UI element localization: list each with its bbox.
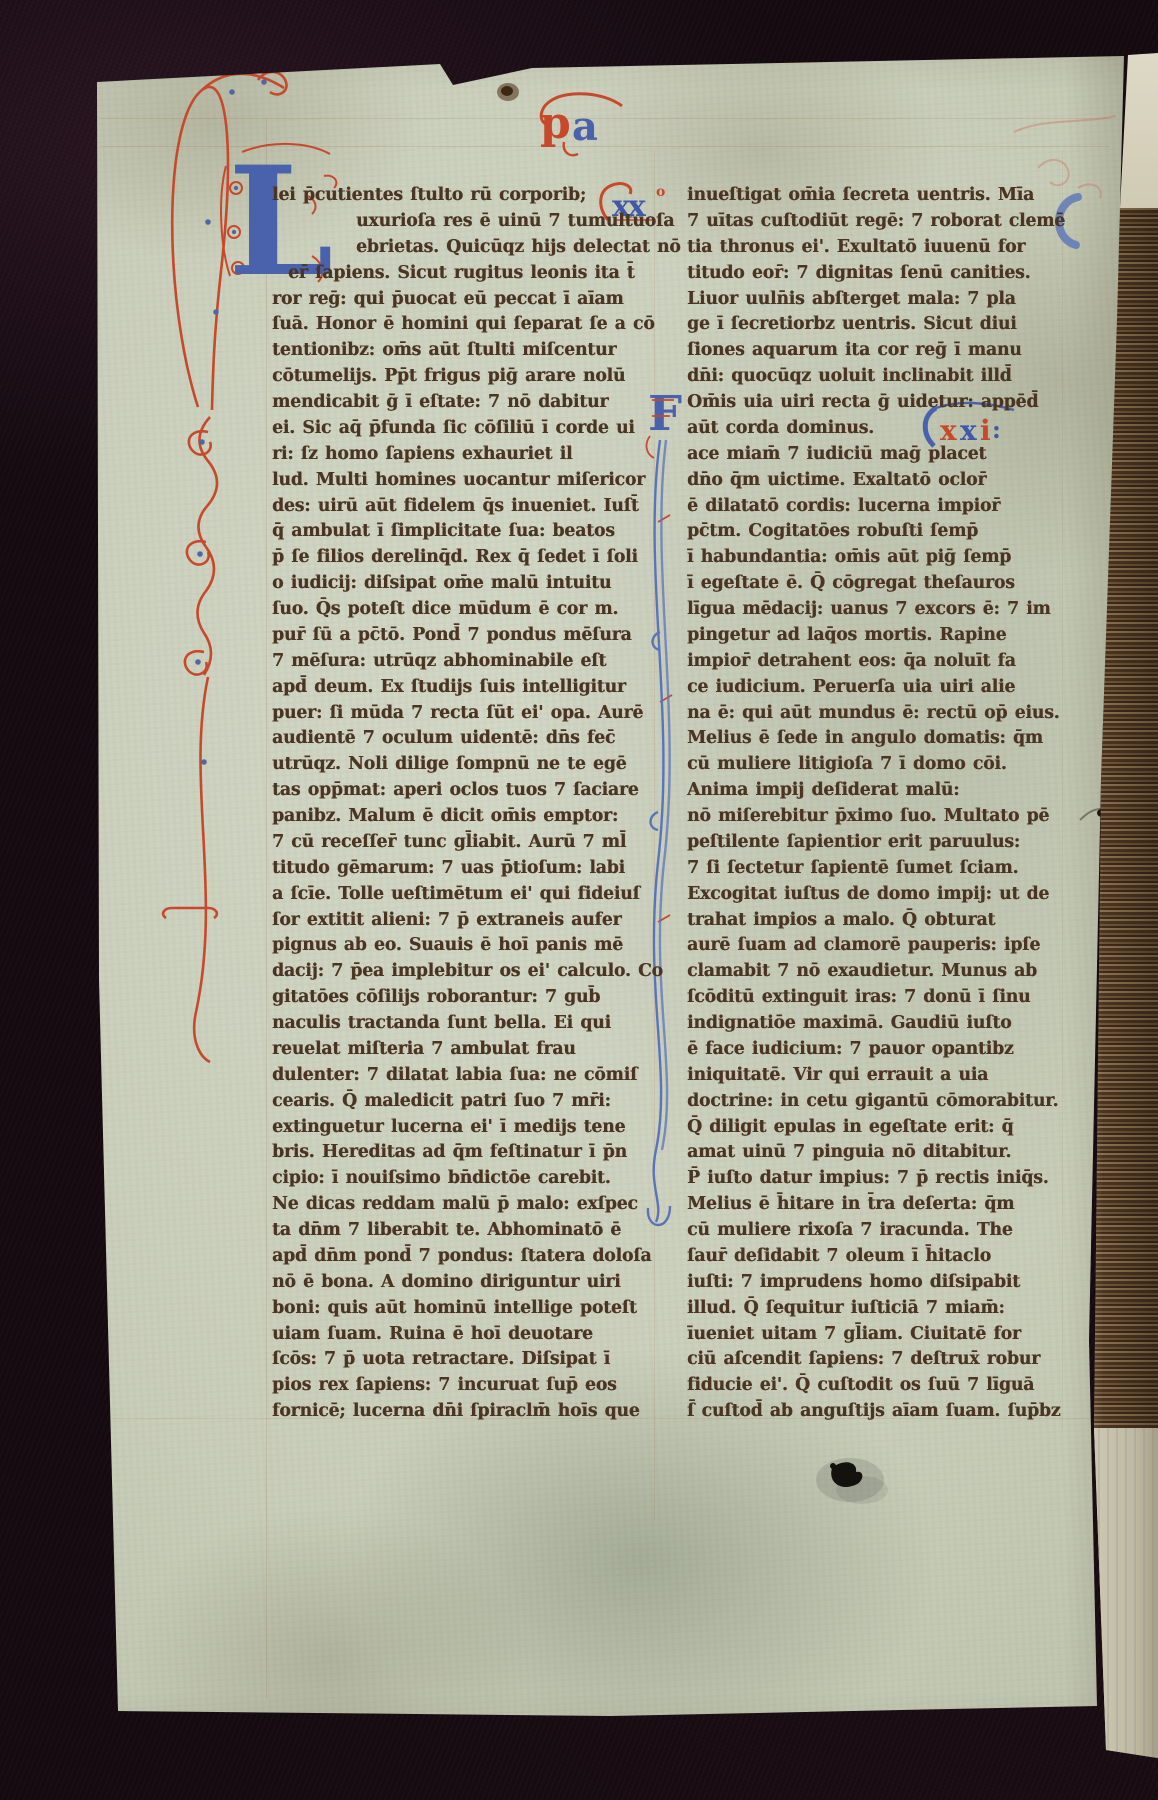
text-line: na ē: qui aūt mundus ē: rectū op̄ eius. <box>687 701 1091 727</box>
text-line: ē face iudicium: 7 pauor opantibz <box>687 1037 1091 1063</box>
text-line: amat uinū 7 pinguia nō ditabitur. <box>687 1140 1091 1166</box>
text-line: cearis. Q̄ maledicit patri ſuo 7 mr̄i: <box>272 1089 656 1115</box>
text-line: tas opp̄mat: aperi oclos tuos 7 ſaciare <box>272 778 656 804</box>
text-line: ebrietas. Quicūqz hijs delectat nō <box>272 235 656 261</box>
left-text-column: lei p̄cutientes ſtulto rū corporib;uxuri… <box>272 183 656 1425</box>
text-line: Melius ē ſede in angulo domatis: q̄m <box>687 726 1091 752</box>
text-line: peſtilente ſapientior erit paruulus: <box>687 830 1091 856</box>
text-line: ſor extitit alieni: 7 p̄ extraneis aufer <box>272 908 656 934</box>
text-line: P̄ iuſto datur impius: 7 p̄ rectis iniq̄… <box>687 1166 1091 1192</box>
text-line: ſcōditū extinguit iras: 7 donū ī ſinu <box>687 985 1091 1011</box>
text-line: ei. Sic aq̄ p̄funda ſic cōſiliū ī corde … <box>272 416 656 442</box>
text-line: uxurioſa res ē uinū 7 tumultuoſa <box>272 209 656 235</box>
running-title: p a <box>534 90 626 160</box>
text-line: 7 mēſura: utrūqz abhominabile eſt <box>272 649 656 675</box>
text-line: illud. Q̄ ſequitur iuſticiā 7 miam̄: <box>687 1296 1091 1322</box>
right-text-column: inueſtigat om̄ia ſecreta uentris. Mīa7 u… <box>687 183 1091 1425</box>
text-line: cū muliere rixoſa 7 iracunda. The <box>687 1218 1091 1244</box>
text-line: o iudicij: diſsipat om̄e malū intuitu <box>272 571 656 597</box>
text-line: pios rex ſapiens: 7 incuruat ſup̄ eos <box>272 1373 656 1399</box>
text-line: ciū aſcendit ſapiens: 7 deſtrux̄ robur <box>687 1347 1091 1373</box>
text-line: iuſti: 7 imprudens homo diſsipabit <box>687 1270 1091 1296</box>
text-line: titudo eor̄: 7 dignitas ſenū canities. <box>687 261 1091 287</box>
chapter-xx-sup: o <box>656 184 665 200</box>
text-line: ī egeſtate ē. Q̄ cōgregat theſauros <box>687 571 1091 597</box>
text-line: apd̄ dn̄m pond̄ 7 pondus: ſtatera doloſa <box>272 1244 656 1270</box>
text-line: dn̄o q̄m uictime. Exaltatō oclor̄ <box>687 468 1091 494</box>
text-line: mendicabit ḡ ī eſtate: 7 nō dabitur <box>272 390 656 416</box>
text-line: dulenter: 7 dilatat labia ſua: ne cōmiſ <box>272 1063 656 1089</box>
text-line: līgua mēdacij: uanus 7 excors ē: 7 im <box>687 597 1091 623</box>
text-line: gitatōes cōſilijs roborantur: 7 gub̄ <box>272 985 656 1011</box>
text-line: doctrine: in cetu gigantū cōmorabitur. <box>687 1089 1091 1115</box>
text-line: cū muliere litigioſa 7 ī domo cōi. <box>687 752 1091 778</box>
text-line: dacij: 7 p̄ea implebitur os ei' calculo.… <box>272 959 656 985</box>
text-line: īueniet uitam 7 gl̄iam. Ciuitatē for <box>687 1322 1091 1348</box>
text-line: Om̄is uia uiri recta ḡ uidetur: appēd̄ <box>687 390 1091 416</box>
text-line: cipio: ī nouiſsimo bn̄dictōe carebit. <box>272 1166 656 1192</box>
text-line: 7 cū receſſer̄ tunc gl̄iabit. Aurū 7 ml̄ <box>272 830 656 856</box>
text-line: pignus ab eo. Suauis ē hoī panis mē <box>272 933 656 959</box>
text-line: 7 uītas cuſtodiūt regē: 7 roborat clemē <box>687 209 1091 235</box>
manuscript-page: p a L <box>0 0 1158 1800</box>
text-line: des: uirū aūt fidelem q̄s inueniet. Iuſt… <box>272 494 656 520</box>
text-line: extinguetur lucerna ei' ī medijs tene <box>272 1115 656 1141</box>
text-line: boni: quis aūt hominū intellige poteſt <box>272 1296 656 1322</box>
text-line: Melius ē h̄itare in t̄ra deſerta: q̄m <box>687 1192 1091 1218</box>
text-line: reuelat miſteria 7 ambulat frau <box>272 1037 656 1063</box>
text-line: ſiones aquarum ita cor reḡ ī manu <box>687 338 1091 364</box>
text-line: lud. Multi homines uocantur miſericor <box>272 468 656 494</box>
text-line: Ne dicas reddam malū p̄ malo: exſpec <box>272 1192 656 1218</box>
ink-blot <box>806 1440 896 1520</box>
running-title-letter-a: a <box>572 103 598 150</box>
text-line: ror reḡ: qui p̄uocat eū peccat ī aīam <box>272 287 656 313</box>
text-line: tia thronus ei'. Exultatō iuuenū for <box>687 235 1091 261</box>
manuscript-photo: { "document": { "type": "illuminated man… <box>0 0 1158 1800</box>
text-line: ri: ſz homo ſapiens exhauriet il <box>272 442 656 468</box>
text-line: trahat impios a malo. Q̄ obturat <box>687 908 1091 934</box>
text-line: ta dn̄m 7 liberabit te. Abhominatō ē <box>272 1218 656 1244</box>
running-title-letter-p: p <box>540 98 571 149</box>
text-line: er̄ ſapiens. Sicut rugitus leonis ita t̄ <box>272 261 656 287</box>
text-line: ſuo. Q̄s poteſt dice mūdum ē cor m. <box>272 597 656 623</box>
text-line: panibz. Malum ē dicit om̄is emptor: <box>272 804 656 830</box>
text-line: p̄ ſe filios derelinq̄d. Rex q̄ ſedet ī … <box>272 545 656 571</box>
text-line: q̄ ambulat ī ſimplicitate ſua: beatos <box>272 519 656 545</box>
text-line: Anima impij deſiderat malū: <box>687 778 1091 804</box>
text-line: dn̄i: quocūqz uoluit inclinabit illd̄ <box>687 364 1091 390</box>
text-line: nō ē bona. A domino diriguntur uiri <box>272 1270 656 1296</box>
text-line: apd̄ deum. Ex ſtudijs ſuis intelligitur <box>272 675 656 701</box>
text-line: ſcōs: 7 p̄ uota retractare. Diſsipat ī <box>272 1347 656 1373</box>
text-line: ace miam̄ 7 iudiciū maḡ placet <box>687 442 1091 468</box>
text-line: ſaur̄ deſidabit 7 oleum ī h̄itaclo <box>687 1244 1091 1270</box>
text-line: titudo gēmarum: 7 uas p̄tioſum: labi <box>272 856 656 882</box>
text-line: pingetur ad laq̄os mortis. Rapine <box>687 623 1091 649</box>
text-line: cōtumelijs. Pp̄t frigus piḡ arare nolū <box>272 364 656 390</box>
text-line: inueſtigat om̄ia ſecreta uentris. Mīa <box>687 183 1091 209</box>
text-line: puer: ſi mūda 7 recta ſūt ei' opa. Aurē <box>272 701 656 727</box>
text-line: pc̄tm. Cogitatōes robuſti ſemp̄ <box>687 519 1091 545</box>
text-line: utrūqz. Noli dilige ſompnū ne te egē <box>272 752 656 778</box>
text-line: nō miſerebitur p̄ximo ſuo. Multato pē <box>687 804 1091 830</box>
text-line: a ſcīe. Tolle ueſtimētum ei' qui fideiuſ <box>272 882 656 908</box>
text-line: impior̄ detrahent eos: q̄a noluīt fa <box>687 649 1091 675</box>
text-line: bris. Hereditas ad q̄m feſtinatur ī p̄n <box>272 1140 656 1166</box>
text-line: Excogitat iuſtus de domo impij: ut de <box>687 882 1091 908</box>
text-line: aūt corda dominus. <box>687 416 1091 442</box>
text-line: ī habundantia: om̄is aūt piḡ ſemp̄ <box>687 545 1091 571</box>
text-line: fornicē; lucerna dn̄i ſpiraclm̄ hoīs que <box>272 1399 656 1425</box>
text-line: naculis tractanda ſunt bella. Ei qui <box>272 1011 656 1037</box>
text-line: audientē 7 oculum uidentē: dn̄s fec̄ <box>272 726 656 752</box>
text-line: tentionibz: om̄s aūt ſtulti miſcentur <box>272 338 656 364</box>
text-line: ce iudicium. Peruerſa uia uiri alie <box>687 675 1091 701</box>
text-line: ſuā. Honor ē homini qui ſeparat ſe a cō <box>272 312 656 338</box>
text-line: Q̄ diligit epulas in egeſtate erit: q̄ <box>687 1115 1091 1141</box>
text-line: clamabit 7 nō exaudietur. Munus ab <box>687 959 1091 985</box>
text-line: iniquitatē. Vir qui errauit a uia <box>687 1063 1091 1089</box>
text-line: pur̄ ſū a pc̄tō. Pond̄ 7 pondus mēſura <box>272 623 656 649</box>
text-line: ge ī ſecretiorbz uentris. Sicut diui <box>687 312 1091 338</box>
text-line: 7 ſi ſectetur ſapientē ſumet ſciam. <box>687 856 1091 882</box>
text-line: aurē ſuam ad clamorē pauperis: ipſe <box>687 933 1091 959</box>
text-line: indignatiōe maximā. Gaudiū iuſto <box>687 1011 1091 1037</box>
text-line: ſ̄ cuſtod̄ ab anguſtijs aīam ſuam. ſup̄b… <box>687 1399 1091 1425</box>
text-line: uiam ſuam. Ruina ē hoī deuotare <box>272 1322 656 1348</box>
stain-spot <box>494 80 524 106</box>
text-line: lei p̄cutientes ſtulto rū corporib; <box>272 183 656 209</box>
text-line: ē dilatatō cordis: lucerna impior̄ <box>687 494 1091 520</box>
text-line: fiducie ei'. Q̄ cuſtodit os ſuū 7 līguā <box>687 1373 1091 1399</box>
text-line: Liuor uuln̄is abſterget mala: 7 pla <box>687 287 1091 313</box>
